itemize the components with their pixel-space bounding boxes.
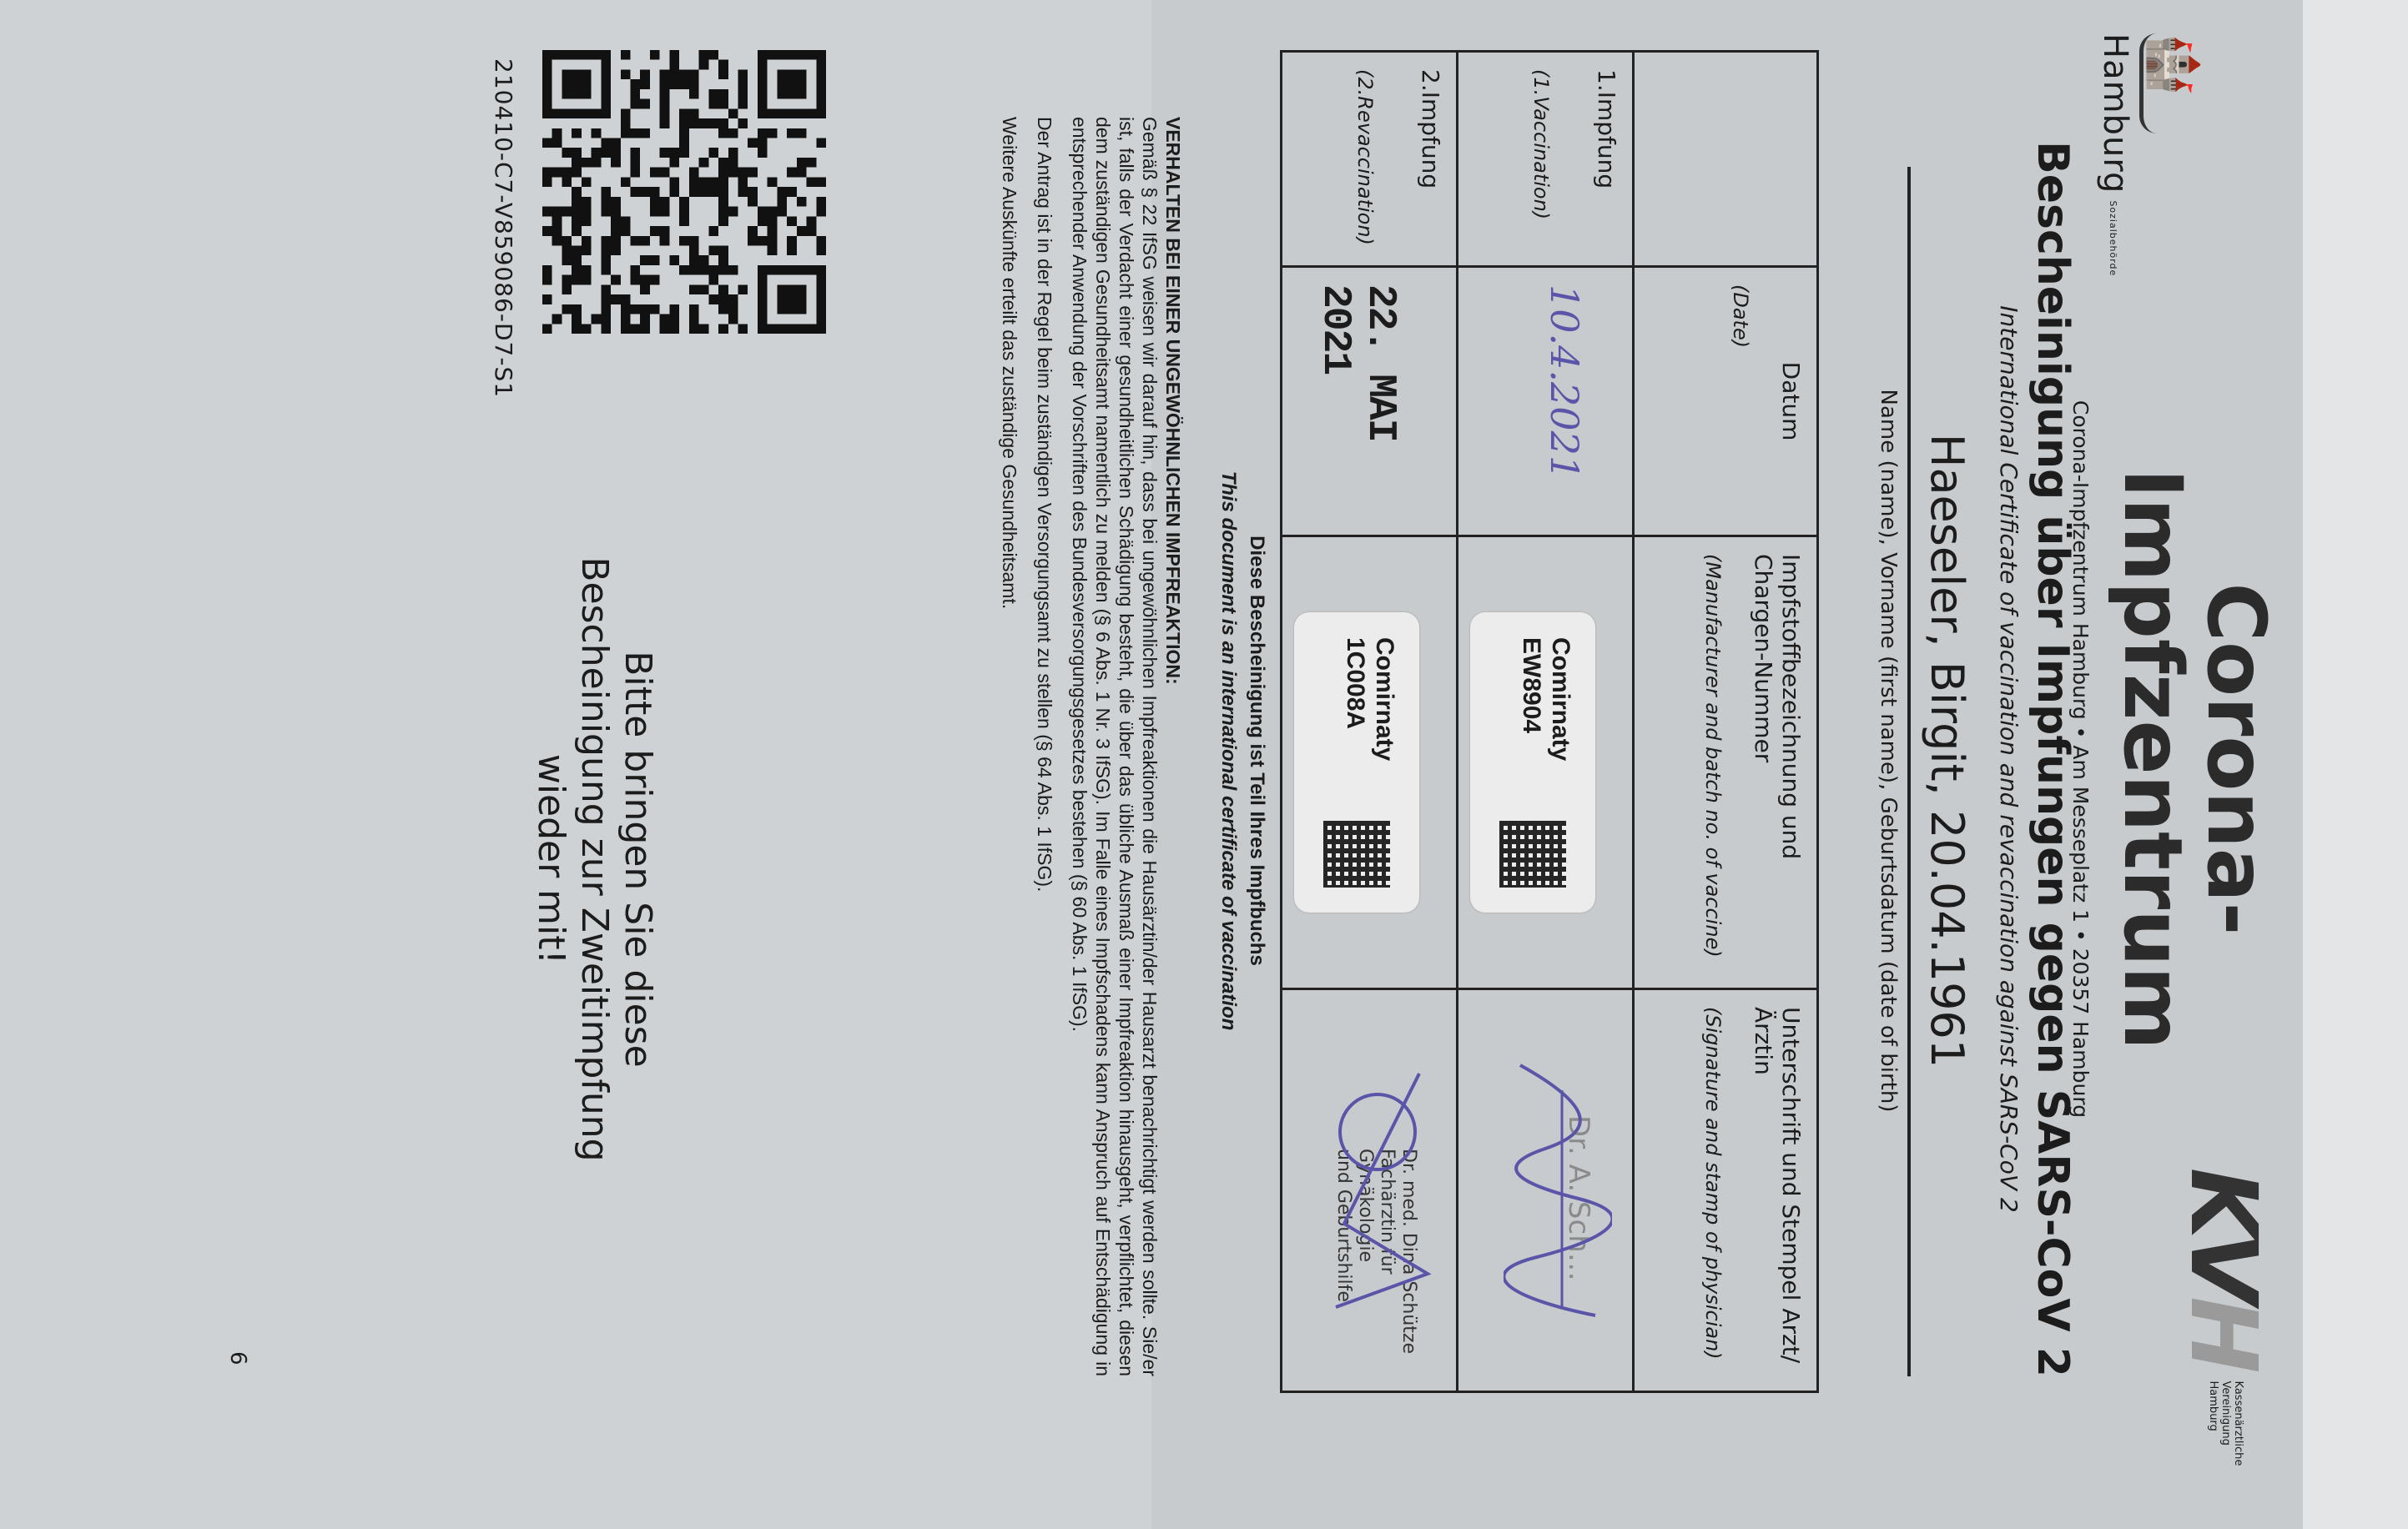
stamped-date: 22. MAI 2021 <box>1312 284 1403 518</box>
info-paragraph: Gemäß § 22 IfSG weisen wir darauf hin, d… <box>1068 117 1161 1376</box>
row-label-cell: 1.Impfung (1.Vaccination) <box>1458 52 1634 267</box>
header-cell-signature: Unterschrift und Stempel Arzt/Ärztin (Si… <box>1634 989 1818 1392</box>
vaccination-certificate-page: 🏰 HamburgSozialbehörde Corona- Impfzentr… <box>0 0 2303 1529</box>
reminder-line: Bescheinigung zur Zweitimpfung <box>572 534 616 1184</box>
handwritten-date: 10.4.2021 <box>1542 284 1587 518</box>
kvh-logo: KVH Kassenärztliche Vereinigung Hamburg <box>2178 1168 2269 1485</box>
signature-cell: Dr. A. Sch… <box>1458 989 1634 1392</box>
reminder-line: Bitte bringen Sie diese <box>616 534 659 1184</box>
date-cell: 10.4.2021 <box>1458 267 1634 536</box>
header-vaccine-en: (Manufacturer and batch no. of vaccine) <box>1701 554 1725 971</box>
reminder-line: wieder mit! <box>529 534 572 1184</box>
header-vaccine-de: Impfstoffbezeichnung und Chargen-Nummer <box>1750 554 1805 971</box>
header-cell-vaccine: Impfstoffbezeichnung und Chargen-Nummer … <box>1634 536 1818 989</box>
vaccine-name: Comirnaty <box>1546 637 1574 761</box>
title-line-1: Corona- <box>2194 384 2278 1134</box>
patient-info: Haeseler, Birgit, 20.04.1961 Name (name)… <box>1876 167 1973 1335</box>
vaccine-sticker: Comirnaty EW8904 <box>1470 612 1595 913</box>
kvh-logo-text: Kassenärztliche Vereinigung Hamburg <box>2207 1381 2244 1466</box>
kvh-text-line: Vereinigung <box>2219 1381 2232 1446</box>
date-cell: 22. MAI 2021 <box>1282 267 1458 536</box>
kvh-mark-main: KV <box>2170 1168 2277 1296</box>
notice-en: This document is an international certif… <box>1217 209 1240 1293</box>
impfzentrum-title: Corona- Impfzentrum Corona-Impfzentrum H… <box>2068 384 2278 1134</box>
row-label-en: (2.Revaccination) <box>1353 69 1377 249</box>
document-title: Bescheinigung über Impfungen gegen SARS-… <box>1995 92 2078 1426</box>
vaccine-name: Comirnaty <box>1370 637 1398 761</box>
vaccine-cell: Comirnaty 1C008A <box>1282 536 1458 989</box>
table-header-row: Datum (Date) Impfstoffbezeichnung und Ch… <box>1634 52 1818 1392</box>
header-date-en: (Date) <box>1729 284 1752 518</box>
qr-code-id: 210410-C7-V859086-D7-S1 <box>490 58 517 398</box>
kvh-text-line: Hamburg <box>2207 1381 2219 1431</box>
signature-icon <box>1504 1057 1612 1324</box>
kvh-text-line: Kassenärztliche <box>2232 1381 2244 1466</box>
document-title-main: Bescheinigung über Impfungen gegen SARS-… <box>2028 92 2078 1426</box>
second-dose-reminder: Bitte bringen Sie diese Bescheinigung zu… <box>529 534 659 1184</box>
qr-code-icon <box>542 50 826 334</box>
info-paragraph: Weitere Auskünfte erteilt das zuständige… <box>998 117 1021 1376</box>
datamatrix-icon <box>1499 821 1566 888</box>
hamburg-logo-name: Hamburg <box>2096 33 2134 194</box>
hamburg-logo: 🏰 HamburgSozialbehörde <box>2096 33 2199 225</box>
row-label-de: 2.Impfung <box>1417 69 1444 249</box>
row-label-cell: 2.Impfung (2.Revaccination) <box>1282 52 1458 267</box>
header-cell-date: Datum (Date) <box>1634 267 1818 536</box>
kvh-logo-mark: KVH <box>2170 1168 2277 1366</box>
patient-name-dob: Haeseler, Birgit, 20.04.1961 <box>1921 167 1973 1335</box>
vaccination-table: Datum (Date) Impfstoffbezeichnung und Ch… <box>1280 50 1819 1393</box>
table-row: 1.Impfung (1.Vaccination) 10.4.2021 Comi… <box>1458 52 1634 1392</box>
signature-icon <box>1327 1057 1436 1324</box>
document-title-sub: International Certificate of vaccination… <box>1995 92 2023 1426</box>
header-date-de: Datum <box>1777 284 1805 518</box>
header-signature-de: Unterschrift und Stempel Arzt/Ärztin <box>1750 1007 1805 1374</box>
adverse-reaction-info: VERHALTEN BEI EINER UNGEWÖHNLICHEN IMPFR… <box>986 117 1185 1376</box>
divider <box>1907 167 1911 1376</box>
kvh-mark-faded: H <box>2170 1296 2277 1366</box>
page-number: 6 <box>225 1351 250 1366</box>
info-heading: VERHALTEN BEI EINER UNGEWÖHNLICHEN IMPFR… <box>1161 117 1185 1376</box>
row-label-de: 1.Impfung <box>1593 69 1620 249</box>
row-label-en: (1.Vaccination) <box>1529 69 1553 249</box>
vaccine-cell: Comirnaty EW8904 <box>1458 536 1634 989</box>
table-row: 2.Impfung (2.Revaccination) 22. MAI 2021… <box>1282 52 1458 1392</box>
batch-number: EW8904 <box>1517 637 1545 733</box>
notice-de: Diese Bescheinigung ist Teil Ihres Impfb… <box>1245 209 1268 1293</box>
header-signature-en: (Signature and stamp of physician) <box>1701 1007 1725 1374</box>
signature-cell: Dr. med. Dina Schütze Fachärztin für Gyn… <box>1282 989 1458 1392</box>
datamatrix-icon <box>1323 821 1390 888</box>
info-paragraph: Der Antrag ist in der Regel beim zuständ… <box>1033 117 1056 1376</box>
hamburg-logo-department: Sozialbehörde <box>2108 200 2119 276</box>
impfbuch-notice: Diese Bescheinigung ist Teil Ihres Impfb… <box>1217 209 1268 1293</box>
vaccine-sticker: Comirnaty 1C008A <box>1294 612 1419 913</box>
header-cell-empty <box>1634 52 1818 267</box>
batch-number: 1C008A <box>1341 637 1369 729</box>
background-surface <box>2303 0 2408 1529</box>
patient-field-label: Name (name), Vorname (first name), Gebur… <box>1876 167 1901 1335</box>
title-line-2: Impfzentrum <box>2111 384 2194 1134</box>
